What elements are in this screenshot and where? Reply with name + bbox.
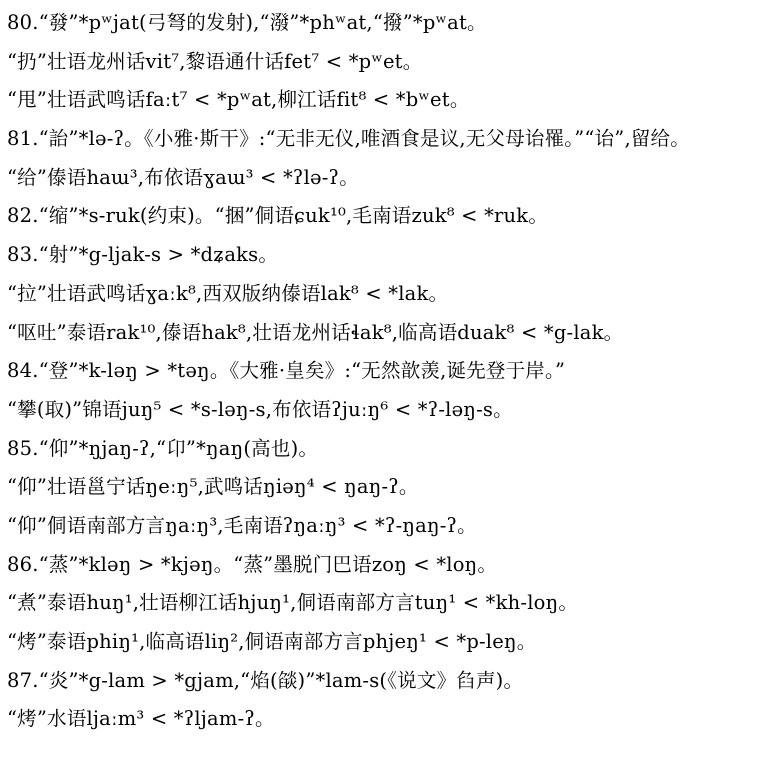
text-line: 83.“射”*g-ljak-s > *dʑaks。 (7, 236, 777, 275)
text-line: “仰”侗语南部方言ŋaːŋ³,毛南语ʔŋaːŋ³ < *ʔ-ŋaŋ-ʔ。 (7, 507, 777, 546)
text-line: “烤”泰语phiŋ¹,临高语liŋ²,侗语南部方言phjeŋ¹ < *p-leŋ… (7, 623, 777, 662)
text-line: “拉”壮语武鸣话ɣaːk⁸,西双版纳傣语lak⁸ < *lak。 (7, 275, 777, 314)
text-line: 87.“炎”*g-lam > *gjam,“焰(燄)”*lam-s(《说文》臽声… (7, 662, 777, 701)
text-line: 86.“蒸”*kləŋ > *kjəŋ。“蒸”墨脱门巴语zoŋ < *loŋ。 (7, 546, 777, 585)
text-line: “甩”壮语武鸣话faːt⁷ < *pʷat,柳江话fit⁸ < *bʷet。 (7, 81, 777, 120)
text-line: “煮”泰语huŋ¹,壮语柳江话hjuŋ¹,侗语南部方言tuŋ¹ < *kh-lo… (7, 584, 777, 623)
text-line: 82.“缩”*s-ruk(约束)。“捆”侗语ɕuk¹⁰,毛南语zuk⁸ < *r… (7, 197, 777, 236)
text-line: “仰”壮语邕宁话ŋeːŋ⁵,武鸣话ŋiəŋ⁴ < ŋaŋ-ʔ。 (7, 468, 777, 507)
text-line: “攀(取)”锦语juŋ⁵ < *s-ləŋ-s,布依语ʔjuːŋ⁶ < *ʔ-l… (7, 391, 777, 430)
text-line: 84.“登”*k-ləŋ > *təŋ。《大雅·皇矣》:“无然歆羡,诞先登于岸。… (7, 352, 777, 391)
text-line: “呕吐”泰语rak¹⁰,傣语hak⁸,壮语龙州话ɬak⁸,临高语duak⁸ < … (7, 314, 777, 353)
text-line: “给”傣语haɯ³,布依语ɣaɯ³ < *ʔlə-ʔ。 (7, 159, 777, 198)
text-line: 80.“發”*pʷjat(弓弩的发射),“潑”*phʷat,“撥”*pʷat。 (7, 4, 777, 43)
text-line: “烤”水语ljaːm³ < *ʔljam-ʔ。 (7, 700, 777, 739)
text-line: 81.“詒”*lə-ʔ。《小雅·斯干》:“无非无仪,唯酒食是议,无父母诒罹。”“… (7, 120, 777, 159)
text-line: “扔”壮语龙州话vit⁷,黎语通什话fet⁷ < *pʷet。 (7, 43, 777, 82)
document-page: 80.“發”*pʷjat(弓弩的发射),“潑”*phʷat,“撥”*pʷat。 … (0, 0, 779, 769)
text-line: 85.“仰”*ŋjaŋ-ʔ,“卬”*ŋaŋ(高也)。 (7, 430, 777, 469)
